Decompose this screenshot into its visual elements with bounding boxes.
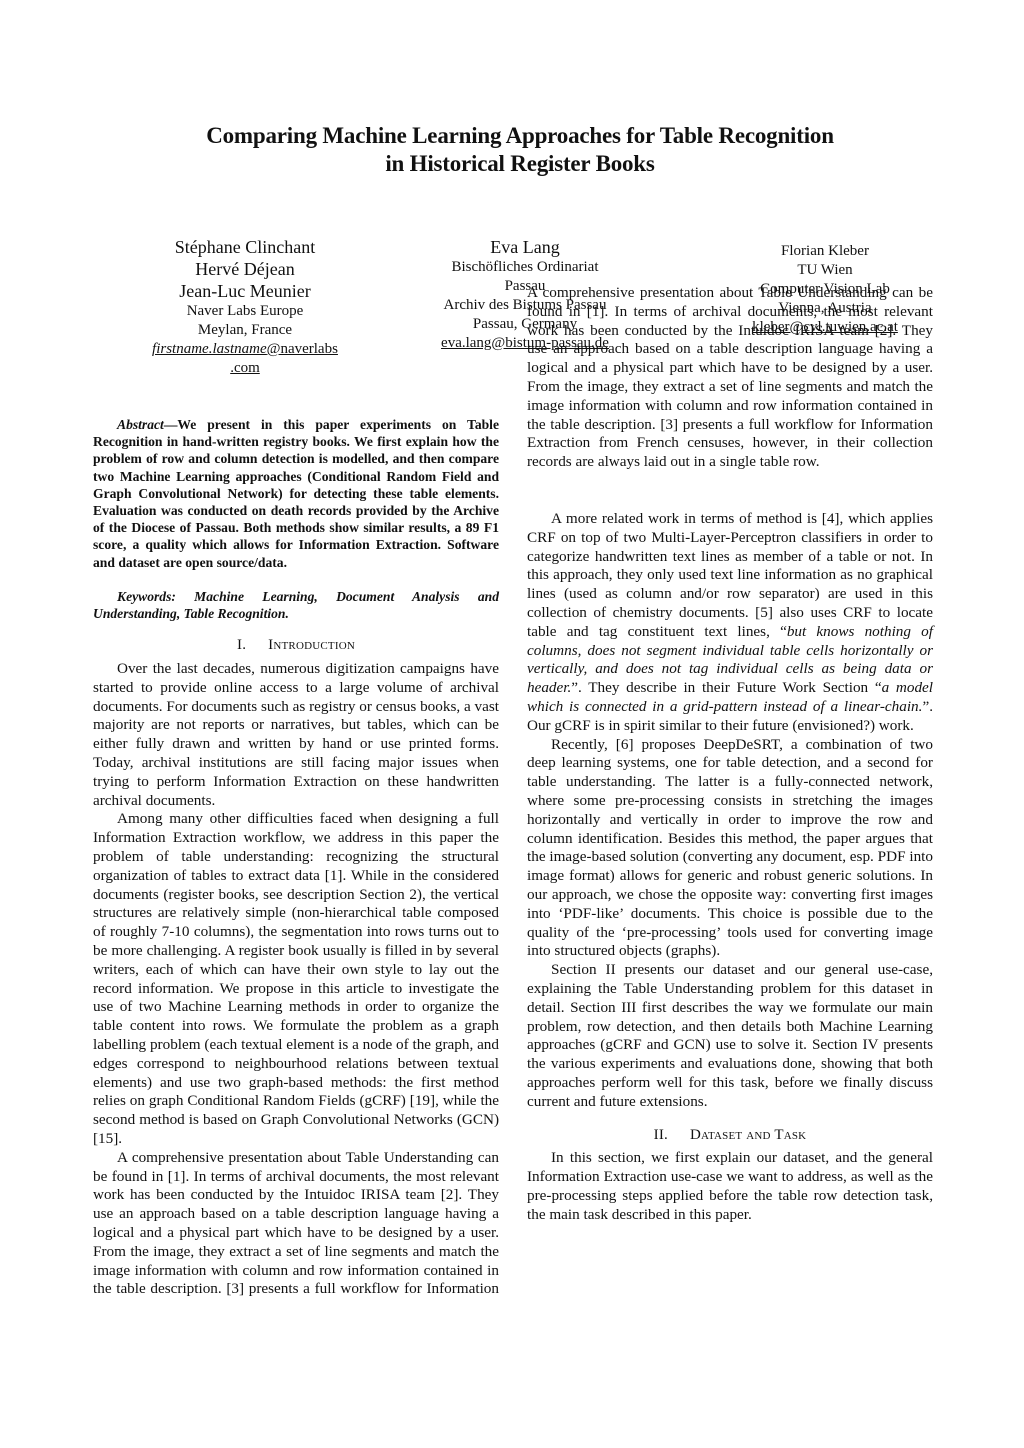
right-column: A comprehensive presentation about Table…	[527, 416, 933, 1224]
author-block-naver: Stéphane Clinchant Hervé Déjean Jean-Luc…	[130, 236, 360, 378]
author-affiliation: Bischöfliches Ordinariat	[415, 258, 635, 277]
body-paragraph: Among many other difficulties faced when…	[93, 810, 499, 1148]
author-affiliation: TU Wien	[725, 261, 925, 280]
body-paragraph: A comprehensive presentation about Table…	[93, 1149, 499, 1299]
author-email-link[interactable]: firstname.lastname@naverlabs	[130, 340, 360, 359]
body-paragraph: In this section, we first explain our da…	[527, 1149, 933, 1224]
author-email-link-cont[interactable]: .com	[130, 359, 360, 378]
left-column: Abstract—We present in this paper experi…	[93, 416, 499, 1299]
title-line-1: Comparing Machine Learning Approaches fo…	[140, 122, 900, 150]
body-paragraph: Section II presents our dataset and our …	[527, 961, 933, 1111]
author-affiliation: Naver Labs Europe	[130, 302, 360, 321]
author-affiliation: Meylan, France	[130, 321, 360, 340]
author-name: Hervé Déjean	[130, 258, 360, 280]
section-heading-dataset-and-task: II.Dataset and Task	[527, 1126, 933, 1145]
author-name: Stéphane Clinchant	[130, 236, 360, 258]
abstract: Abstract—We present in this paper experi…	[93, 416, 499, 571]
author-name: Jean-Luc Meunier	[130, 280, 360, 302]
author-name: Florian Kleber	[725, 242, 925, 261]
keywords: Keywords: Machine Learning, Document Ana…	[93, 588, 499, 622]
paper-title: Comparing Machine Learning Approaches fo…	[140, 122, 900, 178]
body-paragraph: Over the last decades, numerous digitiza…	[93, 660, 499, 810]
body-paragraph: A more related work in terms of method i…	[527, 510, 933, 736]
section-heading-introduction: I.Introduction	[93, 636, 499, 655]
author-name: Eva Lang	[415, 236, 635, 258]
title-line-2: in Historical Register Books	[140, 150, 900, 178]
body-paragraph: Recently, [6] proposes DeepDeSRT, a comb…	[527, 736, 933, 962]
body-paragraph-continued: A comprehensive presentation about Table…	[527, 284, 933, 510]
